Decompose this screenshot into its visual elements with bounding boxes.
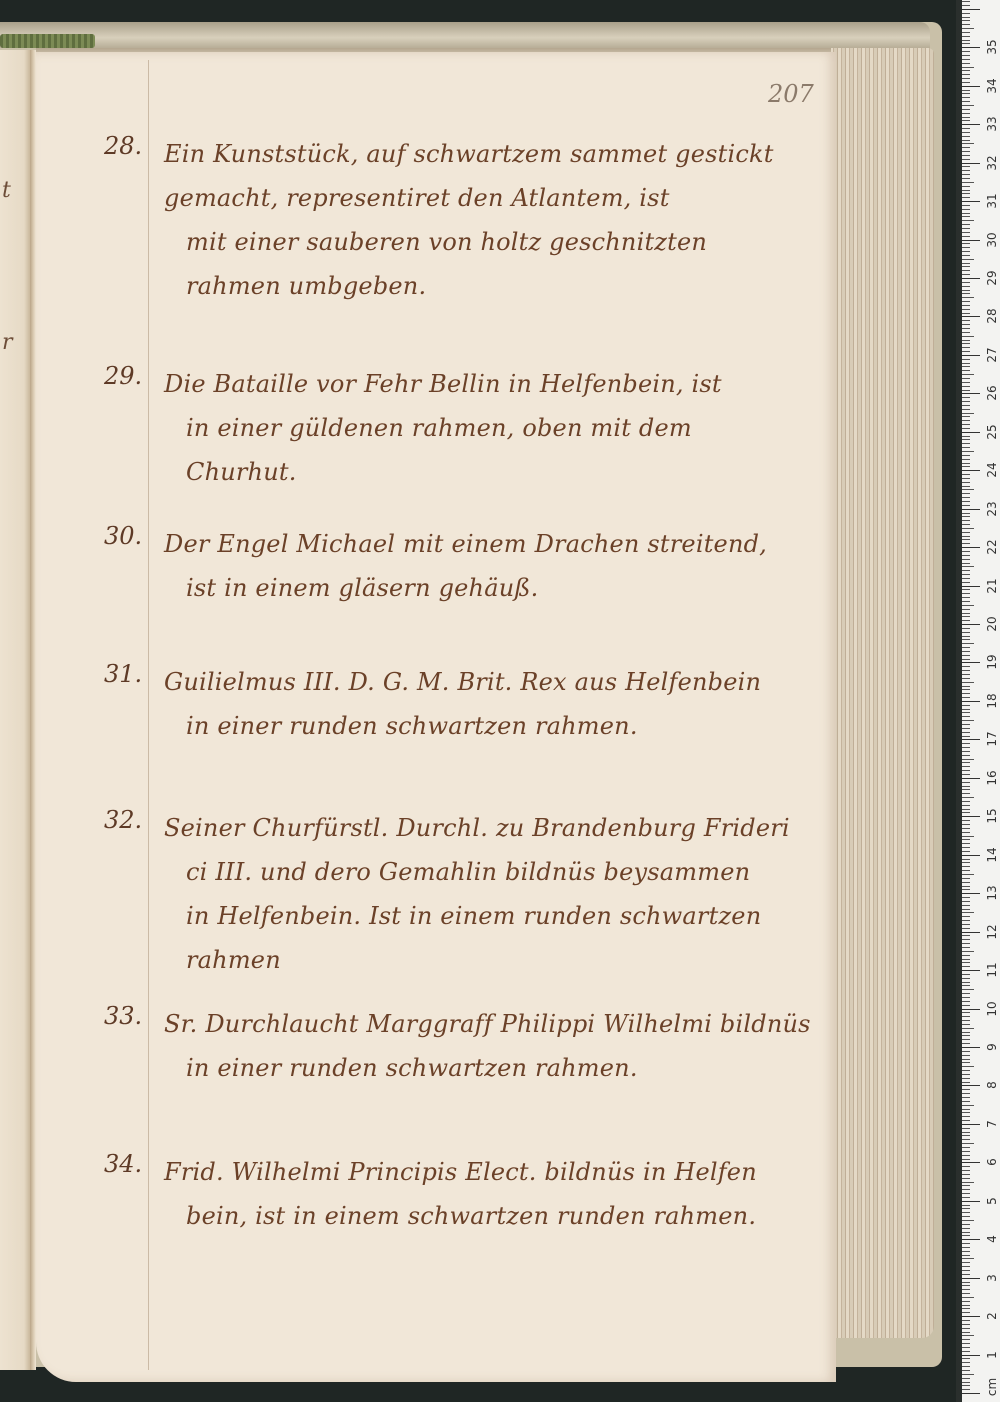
- ruler-tick: [962, 1074, 970, 1075]
- ruler-tick: [962, 774, 970, 775]
- ruler-tick: [962, 1047, 980, 1048]
- ruler-tick: [962, 732, 970, 733]
- ruler-tick: [962, 136, 970, 137]
- ruler-tick: [962, 155, 970, 156]
- ruler-tick: [962, 347, 970, 348]
- ruler-tick: [962, 886, 970, 887]
- ruler-tick: [962, 782, 970, 783]
- entry-line: in einer runden schwartzen rahmen.: [164, 1046, 824, 1090]
- ruler-tick: [962, 736, 970, 737]
- ruler-tick: [962, 1001, 970, 1002]
- ruler-tick: [962, 32, 970, 33]
- ruler-tick: [962, 1009, 980, 1010]
- ruler-tick: [962, 616, 970, 617]
- ruler-cm-label: 25: [985, 422, 999, 442]
- ruler-tick: [962, 13, 970, 14]
- ruler-tick: [962, 240, 980, 241]
- ruler-tick: [962, 609, 970, 610]
- ruler-tick: [962, 340, 970, 341]
- ruler-tick: [962, 1078, 970, 1079]
- ruler-tick: [962, 459, 970, 460]
- ruler-tick: [962, 455, 970, 456]
- ruler-tick: [962, 866, 970, 867]
- ruler-tick: [962, 1378, 970, 1379]
- ruler-tick: [962, 109, 970, 110]
- entry-line: Seiner Churfürstl. Durchl. zu Brandenbur…: [164, 806, 824, 850]
- ruler-tick: [962, 1043, 970, 1044]
- entry-line: Guilielmus III. D. G. M. Brit. Rex aus H…: [164, 660, 824, 704]
- ruler-tick: [962, 993, 970, 994]
- ruler-tick: [962, 105, 974, 106]
- ruler-tick: [962, 536, 970, 537]
- ruler-unit-label: cm: [985, 1377, 999, 1397]
- ruler-tick: [962, 1105, 974, 1106]
- ruler-tick: [962, 374, 974, 375]
- ruler-tick: [962, 101, 970, 102]
- ruler-tick: [962, 1020, 970, 1021]
- ruler-tick: [962, 563, 970, 564]
- ruler-cm-label: 13: [985, 883, 999, 903]
- ruler-tick: [962, 1132, 970, 1133]
- ruler-tick: [962, 355, 980, 356]
- ruler-tick: [962, 674, 970, 675]
- ruler-tick: [962, 1093, 970, 1094]
- ruler-tick: [962, 755, 970, 756]
- ruler-tick: [962, 1109, 970, 1110]
- ruler-tick: [962, 51, 970, 52]
- ruler-tick: [962, 1082, 970, 1083]
- ruler-tick: [962, 232, 970, 233]
- entry-number: 34.: [104, 1150, 154, 1178]
- ruler-cm-label: 33: [985, 114, 999, 134]
- ruler-tick: [962, 678, 970, 679]
- ruler-cm-label: 3: [985, 1268, 999, 1288]
- measurement-ruler: cm 1234567891011121314151617181920212223…: [956, 0, 1000, 1402]
- ruler-tick: [962, 224, 970, 225]
- ruler-tick: [962, 539, 970, 540]
- ruler-tick: [962, 1185, 970, 1186]
- entry-line: in Helfenbein. Ist in einem runden schwa…: [164, 894, 824, 938]
- page-number: 207: [768, 80, 814, 108]
- ruler-tick: [962, 1039, 970, 1040]
- ruler-tick: [962, 697, 970, 698]
- ruler-tick: [962, 1028, 974, 1029]
- ruler-tick: [962, 147, 970, 148]
- ruler-tick: [962, 278, 980, 279]
- ruler-tick: [962, 132, 970, 133]
- ruler-tick: [962, 282, 970, 283]
- ruler-tick: [962, 751, 970, 752]
- ruler-tick: [962, 1035, 970, 1036]
- entry-line: mit einer sauberen von holtz geschnitzte…: [164, 220, 824, 264]
- ruler-cm-label: 30: [985, 230, 999, 250]
- ruler-tick: [962, 655, 970, 656]
- ruler-tick: [962, 532, 970, 533]
- ruler-tick: [962, 712, 970, 713]
- ruler-tick: [962, 466, 970, 467]
- ruler-tick: [962, 513, 970, 514]
- ruler-tick: [962, 1016, 970, 1017]
- ruler-tick: [962, 1135, 970, 1136]
- ruler-tick: [962, 720, 974, 721]
- ruler-tick: [962, 1293, 970, 1294]
- ruler-tick: [962, 620, 970, 621]
- ruler-tick: [962, 251, 970, 252]
- ruler-tick: [962, 586, 980, 587]
- ruler-tick: [962, 1247, 970, 1248]
- ruler-tick: [962, 989, 974, 990]
- ruler-tick: [962, 932, 980, 933]
- ruler-tick: [962, 259, 974, 260]
- ruler-tick: [962, 1120, 970, 1121]
- ruler-tick: [962, 1066, 974, 1067]
- ruler-tick: [962, 1224, 970, 1225]
- ruler-cm-label: 24: [985, 460, 999, 480]
- ruler-tick: [962, 709, 970, 710]
- ruler-tick: [962, 428, 970, 429]
- ruler-tick: [962, 870, 970, 871]
- ruler-tick: [962, 816, 980, 817]
- ruler-tick: [962, 1159, 970, 1160]
- ruler-tick: [962, 320, 970, 321]
- ruler-tick: [962, 1382, 970, 1383]
- ruler-tick: [962, 324, 970, 325]
- ruler-tick: [962, 190, 970, 191]
- entry-number: 32.: [104, 806, 154, 834]
- ruler-tick: [962, 293, 970, 294]
- ruler-tick: [962, 1182, 974, 1183]
- ruler-cm-label: 31: [985, 191, 999, 211]
- ruler-tick: [962, 578, 970, 579]
- ruler-tick: [962, 1055, 970, 1056]
- ruler-tick: [962, 978, 970, 979]
- ruler-tick: [962, 705, 970, 706]
- ruler-cm-label: 12: [985, 922, 999, 942]
- ruler-tick: [962, 997, 970, 998]
- ruler-tick: [962, 1012, 970, 1013]
- ruler-tick: [962, 974, 970, 975]
- ruler-tick: [962, 1239, 980, 1240]
- ruler-tick: [962, 397, 970, 398]
- ruler-tick: [962, 1262, 970, 1263]
- ruler-tick: [962, 828, 970, 829]
- ruler-tick: [962, 1005, 970, 1006]
- ruler-tick: [962, 889, 970, 890]
- ruler-tick: [962, 82, 970, 83]
- ruler-tick: [962, 117, 970, 118]
- ruler-tick: [962, 597, 970, 598]
- ruler-tick: [962, 266, 970, 267]
- ruler-tick: [962, 1389, 970, 1390]
- ruler-tick: [962, 724, 970, 725]
- ruler-tick: [962, 605, 974, 606]
- ruler-tick: [962, 786, 970, 787]
- ruler-cm-label: 23: [985, 499, 999, 519]
- entry-number: 30.: [104, 522, 154, 550]
- ruler-tick: [962, 812, 970, 813]
- ruler-tick: [962, 959, 970, 960]
- ruler-tick: [962, 1024, 970, 1025]
- ruler-tick: [962, 770, 970, 771]
- ruler-tick: [962, 36, 970, 37]
- ruler-tick: [962, 1235, 970, 1236]
- ruler-tick: [962, 1201, 980, 1202]
- ruler-tick: [962, 1347, 970, 1348]
- ruler-tick: [962, 1370, 970, 1371]
- ruler-tick: [962, 739, 980, 740]
- ruler-tick: [962, 632, 970, 633]
- ruler-tick: [962, 1255, 970, 1256]
- ruler-tick: [962, 182, 974, 183]
- ruler-tick: [962, 1282, 970, 1283]
- ruler-tick: [962, 1147, 970, 1148]
- ruler-tick: [962, 186, 970, 187]
- entry-line: gemacht, representiret den Atlantem, ist: [164, 176, 824, 220]
- ruler-tick: [962, 1332, 970, 1333]
- page-fore-edge: [826, 48, 934, 1338]
- ruler-tick: [962, 824, 970, 825]
- ruler-tick: [962, 1174, 970, 1175]
- ruler-tick: [962, 1393, 980, 1394]
- ruler-tick: [962, 67, 974, 68]
- ruler-cm-label: 32: [985, 153, 999, 173]
- ruler-tick: [962, 1089, 970, 1090]
- ruler-tick: [962, 701, 980, 702]
- ruler-tick: [962, 305, 970, 306]
- ruler-tick: [962, 451, 974, 452]
- entry-line: ci III. und dero Gemahlin bildnüs beysam…: [164, 850, 824, 894]
- ruler-tick: [962, 543, 970, 544]
- ruler-tick: [962, 366, 970, 367]
- ruler-tick: [962, 528, 974, 529]
- ruler-tick: [962, 220, 974, 221]
- ruler-tick: [962, 1205, 970, 1206]
- ruler-cm-label: 16: [985, 768, 999, 788]
- ruler-tick: [962, 1178, 970, 1179]
- ruler-tick: [962, 901, 970, 902]
- ruler-tick: [962, 290, 970, 291]
- ruler-tick: [962, 843, 970, 844]
- ruler-tick: [962, 836, 974, 837]
- ruler-tick: [962, 1285, 970, 1286]
- ruler-tick: [962, 63, 970, 64]
- ruler-tick: [962, 551, 970, 552]
- ruler-tick: [962, 463, 970, 464]
- entry-number: 33.: [104, 1002, 154, 1030]
- ruler-tick: [962, 1308, 970, 1309]
- ruler-tick: [962, 855, 980, 856]
- ruler-tick: [962, 1151, 970, 1152]
- ruler-tick: [962, 832, 970, 833]
- ruler-tick: [962, 1305, 970, 1306]
- ruler-cm-label: 6: [985, 1152, 999, 1172]
- ruler-tick: [962, 482, 970, 483]
- ruler-tick: [962, 1170, 970, 1171]
- ruler-cm-label: 2: [985, 1306, 999, 1326]
- ruler-tick: [962, 1143, 974, 1144]
- ruler-tick: [962, 1385, 970, 1386]
- ruler-tick: [962, 628, 970, 629]
- ruler-tick: [962, 801, 970, 802]
- entry-line: Sr. Durchlaucht Marggraff Philippi Wilhe…: [164, 1002, 824, 1046]
- ruler-tick: [962, 1101, 970, 1102]
- ruler-tick: [962, 28, 974, 29]
- ruler-tick: [962, 1312, 970, 1313]
- ruler-tick: [962, 1335, 974, 1336]
- ruler-tick: [962, 947, 970, 948]
- ruler-tick: [962, 193, 970, 194]
- ruler-tick: [962, 839, 970, 840]
- ruler-tick: [962, 213, 970, 214]
- left-fragment: r: [2, 330, 13, 355]
- ruler-tick: [962, 1316, 980, 1317]
- ruler-tick: [962, 1189, 970, 1190]
- ruler-cm-label: 29: [985, 268, 999, 288]
- ruler-tick: [962, 201, 980, 202]
- ruler-tick: [962, 143, 974, 144]
- ruler-tick: [962, 570, 970, 571]
- ruler-cm-label: 20: [985, 614, 999, 634]
- ruler-tick: [962, 247, 970, 248]
- ruler-tick: [962, 497, 970, 498]
- ruler-tick: [962, 1085, 980, 1086]
- ruler-tick: [962, 693, 970, 694]
- entry-line: rahmen: [164, 938, 824, 982]
- ruler-tick: [962, 336, 974, 337]
- ruler-tick: [962, 370, 970, 371]
- entry-line: Ein Kunststück, auf schwartzem sammet ge…: [164, 132, 824, 176]
- ruler-tick: [962, 766, 970, 767]
- ruler-tick: [962, 436, 970, 437]
- ruler-tick: [962, 439, 970, 440]
- ruler-tick: [962, 1278, 980, 1279]
- ruler-tick: [962, 955, 970, 956]
- ruler-tick: [962, 897, 970, 898]
- ruler-tick: [962, 882, 970, 883]
- ruler-tick: [962, 874, 974, 875]
- ruler-tick: [962, 905, 970, 906]
- ruler-tick: [962, 313, 970, 314]
- ruler-tick: [962, 912, 974, 913]
- entry-line: in einer runden schwartzen rahmen.: [164, 704, 824, 748]
- ruler-tick: [962, 151, 970, 152]
- ruler-tick: [962, 1270, 970, 1271]
- entry-number: 28.: [104, 132, 154, 160]
- ruler-tick: [962, 205, 970, 206]
- ruler-cm-label: 28: [985, 306, 999, 326]
- ruler-tick: [962, 420, 970, 421]
- ruler-tick: [962, 643, 974, 644]
- ruler-tick: [962, 1343, 970, 1344]
- ruler-tick: [962, 443, 970, 444]
- ruler-tick: [962, 916, 970, 917]
- ruler-tick: [962, 1162, 980, 1163]
- ruler-tick: [962, 174, 970, 175]
- ruler-tick: [962, 1208, 970, 1209]
- ruler-tick: [962, 478, 970, 479]
- ruler-tick: [962, 328, 970, 329]
- left-page-sliver: [0, 50, 30, 1370]
- ruler-tick: [962, 343, 970, 344]
- ruler-cm-label: 34: [985, 76, 999, 96]
- ruler-tick: [962, 505, 970, 506]
- ruler-tick: [962, 1355, 980, 1356]
- ruler-tick: [962, 274, 970, 275]
- ruler-tick: [962, 17, 970, 18]
- ruler-tick: [962, 1, 970, 2]
- ruler-tick: [962, 93, 970, 94]
- ruler-tick: [962, 966, 970, 967]
- ruler-tick: [962, 935, 970, 936]
- ruler-tick: [962, 747, 970, 748]
- ruler-tick: [962, 943, 970, 944]
- ruler-tick: [962, 847, 970, 848]
- ruler-tick: [962, 805, 970, 806]
- ruler-tick: [962, 759, 974, 760]
- ruler-tick: [962, 1328, 970, 1329]
- ruler-tick: [962, 20, 970, 21]
- ruler-tick: [962, 647, 970, 648]
- ruler-tick: [962, 1197, 970, 1198]
- ruler-cm-label: 1: [985, 1345, 999, 1365]
- ruler-tick: [962, 920, 970, 921]
- ruler-tick: [962, 236, 970, 237]
- ruler-tick: [962, 682, 974, 683]
- entry-line: Churhut.: [164, 450, 824, 494]
- ruler-tick: [962, 270, 970, 271]
- ruler-tick: [962, 1032, 970, 1033]
- ruler-tick: [962, 520, 970, 521]
- ruler-tick: [962, 862, 970, 863]
- ruler-tick: [962, 1062, 970, 1063]
- ruler-cm-label: 21: [985, 576, 999, 596]
- ruler-tick: [962, 1220, 974, 1221]
- ruler-tick: [962, 393, 980, 394]
- ruler-tick: [962, 982, 970, 983]
- ruler-tick: [962, 40, 970, 41]
- ruler-tick: [962, 1339, 970, 1340]
- ruler-tick: [962, 1362, 970, 1363]
- ruler-tick: [962, 547, 980, 548]
- ruler-tick: [962, 97, 970, 98]
- ruler-tick: [962, 140, 970, 141]
- ruler-tick: [962, 516, 970, 517]
- ruler-tick: [962, 939, 970, 940]
- ruler-cm-label: 10: [985, 999, 999, 1019]
- entry-number: 31.: [104, 660, 154, 688]
- entry-number: 29.: [104, 362, 154, 390]
- ruler-tick: [962, 689, 970, 690]
- ruler-tick: [962, 432, 980, 433]
- ruler-tick: [962, 859, 970, 860]
- ruler-tick: [962, 489, 974, 490]
- ruler-tick: [962, 424, 970, 425]
- ruler-tick: [962, 797, 974, 798]
- ruler-tick: [962, 1212, 970, 1213]
- ruler-tick: [962, 309, 970, 310]
- ruler-tick: [962, 159, 970, 160]
- ruler-tick: [962, 124, 980, 125]
- entry-line: rahmen umbgeben.: [164, 264, 824, 308]
- ruler-tick: [962, 1251, 970, 1252]
- book-top-edge: [0, 22, 930, 48]
- ruler-cm-label: 11: [985, 960, 999, 980]
- entry-line: bein, ist in einem schwartzen runden rah…: [164, 1194, 824, 1238]
- ruler-tick: [962, 24, 970, 25]
- ruler-tick: [962, 951, 974, 952]
- ruler-tick: [962, 559, 970, 560]
- ruler-tick: [962, 1070, 970, 1071]
